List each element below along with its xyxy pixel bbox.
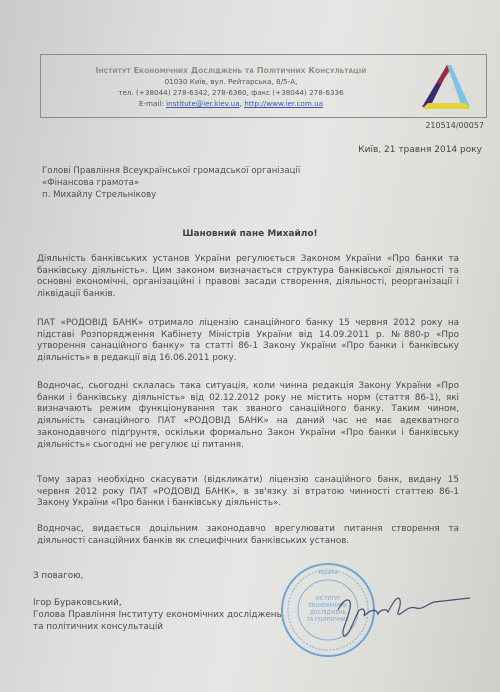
signer-name: Ігор Бураковський, [33,597,282,609]
paragraph: Тому зараз необхідно скасувати (відклика… [37,475,459,510]
document-number: 210514/00057 [425,121,484,130]
signer-title: та політичних консультацій [33,621,282,633]
closing: З повагою, [33,571,83,581]
email-label: E-mail: [139,99,164,108]
institute-contacts: E-mail: institute@ier.kiev.ua, http://ww… [41,98,421,109]
institute-address: 01030 Київ, вул. Рейтарська, 8/5-А, [41,76,421,87]
contacts-separator: , [240,99,242,108]
triangle-logo-icon [420,63,472,111]
salutation: Шановний пане Михайло! [0,229,500,239]
paragraph: Діяльність банківських установ України р… [37,254,459,301]
addressee-line: п. Михайлу Стрельнікову [42,189,300,201]
paragraph: Водночас, сьогодні склалась така ситуаці… [37,381,459,451]
svg-text:Україна: Україна [318,570,338,576]
addressee-line: «Фінансова грамота» [42,177,300,189]
addressee-line: Голові Правління Всеукраїнської громадсь… [42,165,300,177]
signer-block: Ігор Бураковський, Голова Правління Інст… [33,597,282,633]
website-link[interactable]: http://www.ier.com.ua [244,99,323,108]
paragraph: Водночас, видається доцільним законодавч… [37,524,459,547]
addressee-block: Голові Правління Всеукраїнської громадсь… [42,165,300,201]
institute-name: Інститут Економічних Досліджень та Політ… [41,65,421,76]
signer-title: Голова Правління Інституту економічних д… [33,609,282,621]
letter-date: Київ, 21 травня 2014 року [358,145,482,155]
paragraph: ПАТ «РОДОВІД БАНК» отримало ліцензію сан… [37,318,459,365]
handwritten-signature-icon [330,580,480,640]
letterhead-text: Інститут Економічних Досліджень та Політ… [41,65,421,109]
letterhead: Інститут Економічних Досліджень та Політ… [40,54,487,118]
email-link[interactable]: institute@ier.kiev.ua [166,99,239,108]
institute-phones: тел. (+38044) 278-6342, 278-6360, факс (… [41,87,421,98]
